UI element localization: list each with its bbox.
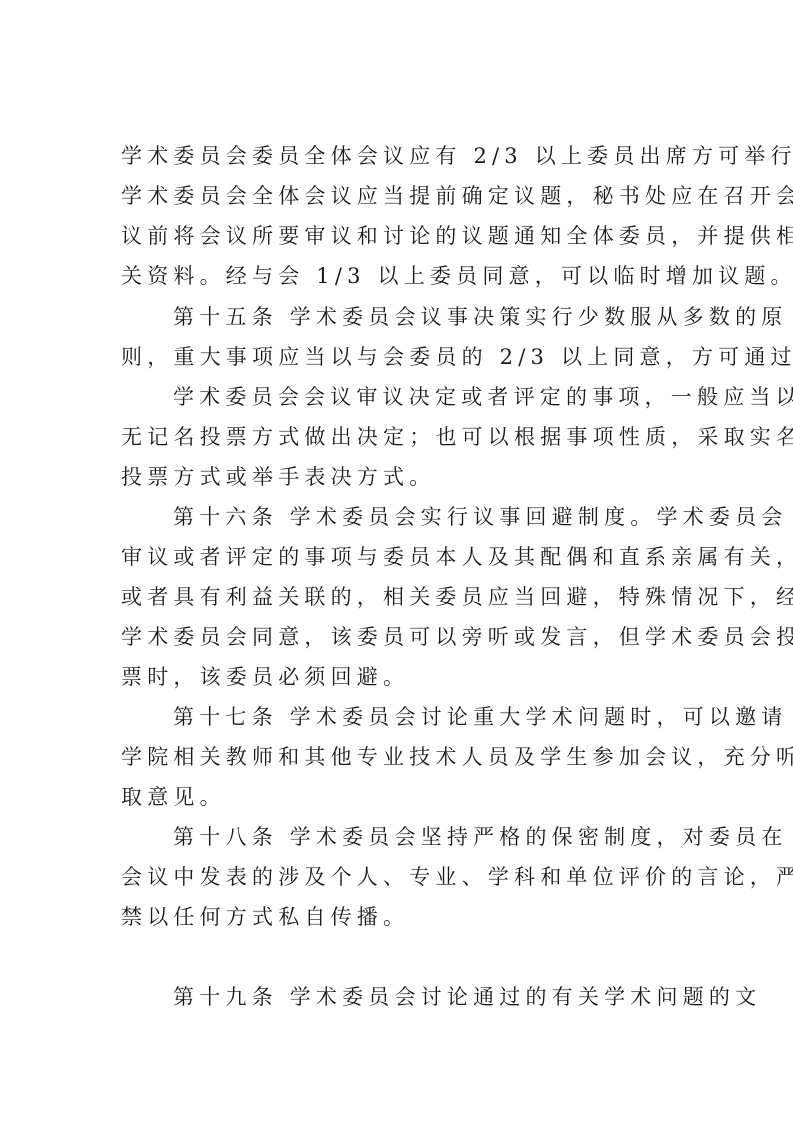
text-line: 或者具有利益关联的，相关委员应当回避，特殊情况下，经 bbox=[121, 577, 681, 617]
text-line: 学术委员会委员全体会议应有 2/3 以上委员出席方可举行。 bbox=[121, 136, 681, 176]
text-line: 会议中发表的涉及个人、专业、学科和单位评价的言论，严 bbox=[121, 857, 681, 897]
article-15-heading-line: 第十五条 学术委员会议事决策实行少数服从多数的原 bbox=[173, 297, 733, 337]
text-line: 票时，该委员必须回避。 bbox=[121, 657, 681, 697]
document-page: 学术委员会委员全体会议应有 2/3 以上委员出席方可举行。 学术委员会全体会议应… bbox=[0, 0, 793, 1122]
text-line: 学术委员会同意，该委员可以旁听或发言，但学术委员会投 bbox=[121, 617, 681, 657]
text-line: 议前将会议所要审议和讨论的议题通知全体委员，并提供相 bbox=[121, 216, 681, 256]
article-19-heading-line: 第十九条 学术委员会讨论通过的有关学术问题的文 bbox=[173, 977, 733, 1017]
text-line: 禁以任何方式私自传播。 bbox=[121, 897, 681, 937]
paragraph-start-line: 学术委员会会议审议决定或者评定的事项，一般应当以 bbox=[173, 377, 733, 417]
text-line: 学院相关教师和其他专业技术人员及学生参加会议，充分听 bbox=[121, 737, 681, 777]
article-17-heading-line: 第十七条 学术委员会讨论重大学术问题时，可以邀请 bbox=[173, 697, 733, 737]
text-line: 审议或者评定的事项与委员本人及其配偶和直系亲属有关， bbox=[121, 537, 681, 577]
text-line: 无记名投票方式做出决定；也可以根据事项性质，采取实名 bbox=[121, 417, 681, 457]
text-line: 投票方式或举手表决方式。 bbox=[121, 457, 681, 497]
text-line: 取意见。 bbox=[121, 777, 681, 817]
text-line: 关资料。经与会 1/3 以上委员同意，可以临时增加议题。 bbox=[121, 256, 681, 296]
article-16-heading-line: 第十六条 学术委员会实行议事回避制度。学术委员会 bbox=[173, 497, 733, 537]
text-line: 则，重大事项应当以与会委员的 2/3 以上同意，方可通过。 bbox=[121, 337, 681, 377]
article-18-heading-line: 第十八条 学术委员会坚持严格的保密制度，对委员在 bbox=[173, 817, 733, 857]
text-line: 学术委员会全体会议应当提前确定议题，秘书处应在召开会 bbox=[121, 176, 681, 216]
